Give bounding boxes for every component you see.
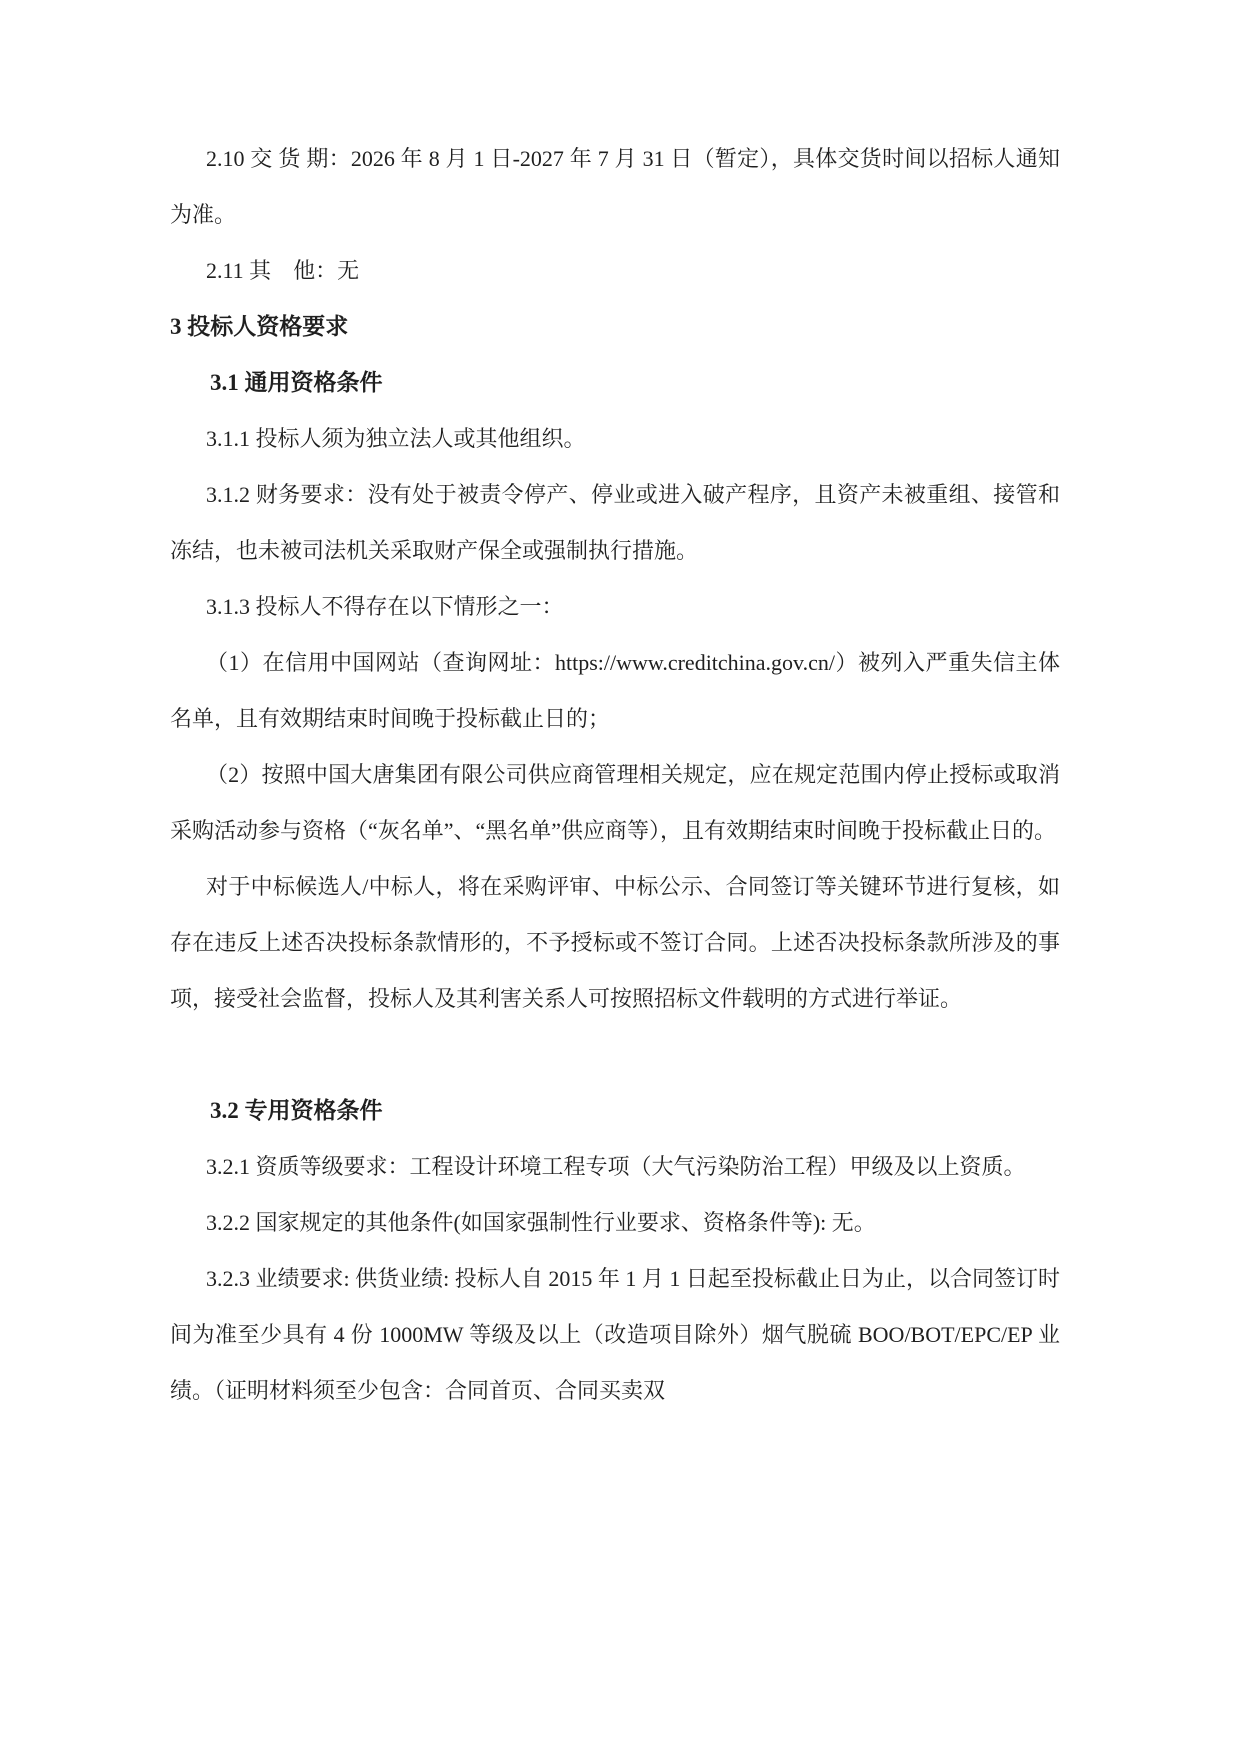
paragraph-3-1-3: 3.1.3 投标人不得存在以下情形之一：: [170, 579, 1060, 635]
paragraph-3-2-1: 3.2.1 资质等级要求：工程设计环境工程专项（大气污染防治工程）甲级及以上资质…: [170, 1139, 1060, 1195]
paragraph-item-1: （1）在信用中国网站（查询网址：https://www.creditchina.…: [170, 635, 1060, 747]
paragraph-3-2-3: 3.2.3 业绩要求: 供货业绩: 投标人自 2015 年 1 月 1 日起至投…: [170, 1251, 1060, 1419]
paragraph-3-1-2: 3.1.2 财务要求：没有处于被责令停产、停业或进入破产程序，且资产未被重组、接…: [170, 467, 1060, 579]
paragraph-3-2-2: 3.2.2 国家规定的其他条件(如国家强制性行业要求、资格条件等): 无。: [170, 1195, 1060, 1251]
heading-3-1: 3.1 通用资格条件: [170, 355, 1060, 411]
paragraph-review: 对于中标候选人/中标人，将在采购评审、中标公示、合同签订等关键环节进行复核，如存…: [170, 859, 1060, 1027]
heading-3-2: 3.2 专用资格条件: [170, 1083, 1060, 1139]
paragraph-3-1-1: 3.1.1 投标人须为独立法人或其他组织。: [170, 411, 1060, 467]
heading-3: 3 投标人资格要求: [170, 299, 1060, 355]
paragraph-2-11: 2.11 其 他：无: [170, 243, 1060, 299]
paragraph-item-2: （2）按照中国大唐集团有限公司供应商管理相关规定，应在规定范围内停止授标或取消采…: [170, 747, 1060, 859]
document-body: 2.10 交 货 期：2026 年 8 月 1 日-2027 年 7 月 31 …: [170, 131, 1060, 1419]
paragraph-2-10: 2.10 交 货 期：2026 年 8 月 1 日-2027 年 7 月 31 …: [170, 131, 1060, 243]
document-page: 2.10 交 货 期：2026 年 8 月 1 日-2027 年 7 月 31 …: [0, 0, 1240, 1753]
